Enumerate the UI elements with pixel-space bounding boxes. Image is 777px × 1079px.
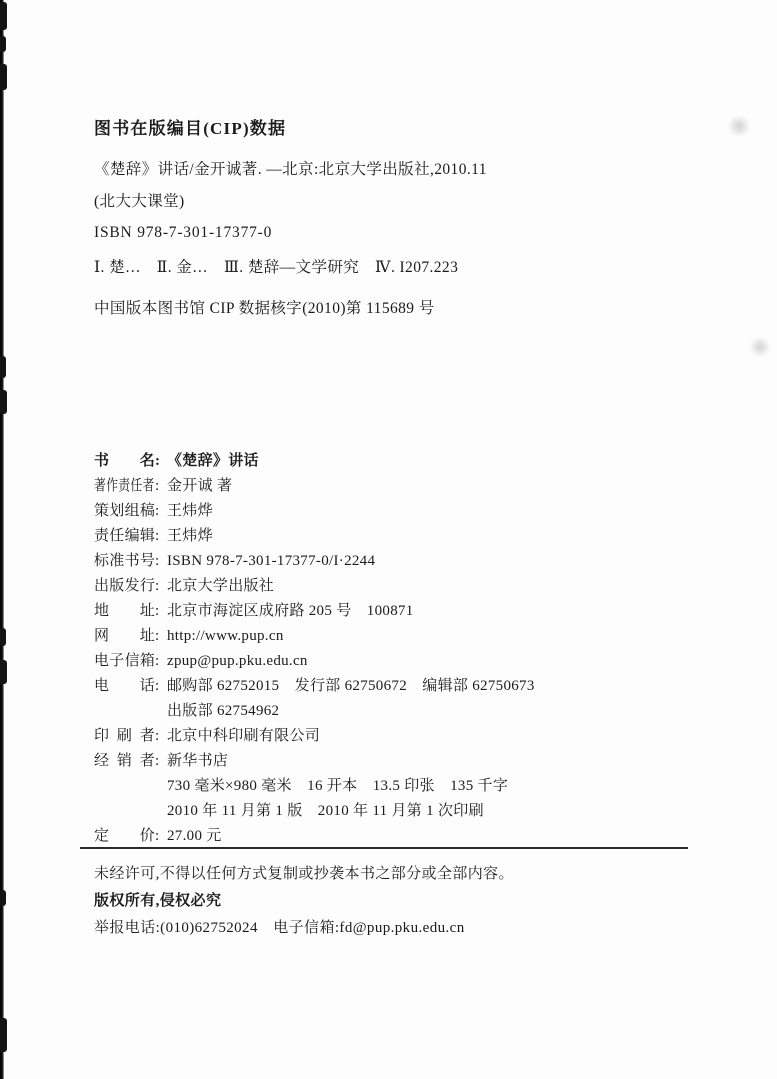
colophon-row-edition: 2010 年 11 月第 1 版 2010 年 11 月第 1 次印刷 xyxy=(94,799,714,824)
colophon-row-distributor: 经销者:新华书店 xyxy=(94,749,714,774)
row-value: ISBN 978-7-301-17377-0/I·2244 xyxy=(167,549,375,574)
row-value: http://www.pup.cn xyxy=(167,624,284,649)
row-value: 新华书店 xyxy=(167,749,228,774)
row-label: 书名 xyxy=(94,449,155,474)
row-label: 电话 xyxy=(94,674,155,699)
row-value: 王炜烨 xyxy=(167,524,213,549)
row-colon: : xyxy=(155,574,167,599)
notice-copyright-line: 版权所有,侵权必究 xyxy=(94,888,714,915)
colophon-row-book-title: 书名:《楚辞》讲话 xyxy=(94,449,714,474)
row-label: 电子信箱 xyxy=(94,649,155,674)
colophon-row-author: 著作责任者:金开诚 著 xyxy=(94,474,714,499)
copyright-notice-block: 未经许可,不得以任何方式复制或抄袭本书之部分或全部内容。 版权所有,侵权必究 举… xyxy=(94,861,714,942)
row-label: 责任编辑 xyxy=(94,524,155,549)
row-colon: : xyxy=(155,499,167,524)
row-label: 出版发行 xyxy=(94,574,155,599)
row-value: 北京中科印刷有限公司 xyxy=(167,724,320,749)
scan-mark xyxy=(0,356,6,378)
divider-rule xyxy=(80,847,688,849)
row-colon: : xyxy=(155,449,167,474)
row-value: 730 毫米×980 毫米 16 开本 13.5 印张 135 千字 xyxy=(167,774,508,799)
row-colon: : xyxy=(155,824,167,849)
row-colon: : xyxy=(155,624,167,649)
row-colon: : xyxy=(155,749,167,774)
cip-classification-line: Ⅰ. 楚… Ⅱ. 金… Ⅲ. 楚辞—文学研究 Ⅳ. I207.223 xyxy=(94,259,714,276)
colophon-row-printer: 印刷者:北京中科印刷有限公司 xyxy=(94,724,714,749)
row-label: 地址 xyxy=(94,599,155,624)
scan-mark xyxy=(0,660,7,684)
row-colon: : xyxy=(155,524,167,549)
row-label: 定价 xyxy=(94,824,155,849)
row-label: 印刷者 xyxy=(94,724,155,749)
row-value: 北京市海淀区成府路 205 号 100871 xyxy=(167,599,414,624)
scan-mark xyxy=(0,64,7,90)
colophon-row-website: 网址:http://www.pup.cn xyxy=(94,624,714,649)
row-colon: : xyxy=(155,599,167,624)
colophon-row-isbn: 标准书号:ISBN 978-7-301-17377-0/I·2244 xyxy=(94,549,714,574)
row-value: 出版部 62754962 xyxy=(167,699,279,724)
notice-report-line: 举报电话:(010)62752024 电子信箱:fd@pup.pku.edu.c… xyxy=(94,915,714,942)
scan-mark xyxy=(0,890,6,906)
scanned-copyright-page: 图书在版编目(CIP)数据 《楚辞》讲话/金开诚著. —北京:北京大学出版社,2… xyxy=(0,0,777,1079)
row-label: 策划组稿 xyxy=(94,499,155,524)
colophon-block: 书名:《楚辞》讲话 著作责任者:金开诚 著 策划组稿:王炜烨 责任编辑:王炜烨 … xyxy=(94,449,714,849)
cip-series-line: (北大大课堂) xyxy=(94,193,714,210)
row-value: 2010 年 11 月第 1 版 2010 年 11 月第 1 次印刷 xyxy=(167,799,484,824)
cip-block: 图书在版编目(CIP)数据 《楚辞》讲话/金开诚著. —北京:北京大学出版社,2… xyxy=(94,120,714,317)
colophon-row-responsible-editor: 责任编辑:王炜烨 xyxy=(94,524,714,549)
row-value: 《楚辞》讲话 xyxy=(167,449,259,474)
cip-title-line: 《楚辞》讲话/金开诚著. —北京:北京大学出版社,2010.11 xyxy=(94,161,714,178)
colophon-row-planning-editor: 策划组稿:王炜烨 xyxy=(94,499,714,524)
colophon-row-email: 电子信箱:zpup@pup.pku.edu.cn xyxy=(94,649,714,674)
scan-mark xyxy=(0,36,6,52)
row-value: 金开诚 著 xyxy=(167,474,232,499)
row-colon: : xyxy=(155,724,167,749)
colophon-row-price: 定价:27.00 元 xyxy=(94,824,714,849)
row-value: 27.00 元 xyxy=(167,824,222,849)
cip-isbn-line: ISBN 978-7-301-17377-0 xyxy=(94,224,714,241)
colophon-row-publisher: 出版发行:北京大学出版社 xyxy=(94,574,714,599)
row-colon: : xyxy=(155,649,167,674)
row-value: zpup@pup.pku.edu.cn xyxy=(167,649,308,674)
row-colon: : xyxy=(155,674,167,699)
row-label: 标准书号 xyxy=(94,549,155,574)
cip-record-line: 中国版本图书馆 CIP 数据核字(2010)第 115689 号 xyxy=(94,300,714,317)
scan-mark xyxy=(0,1018,7,1052)
row-colon: : xyxy=(155,549,167,574)
row-colon: : xyxy=(155,474,167,499)
scan-mark xyxy=(0,628,6,646)
colophon-row-format: 730 毫米×980 毫米 16 开本 13.5 印张 135 千字 xyxy=(94,774,714,799)
colophon-row-phone-cont: 出版部 62754962 xyxy=(94,699,714,724)
notice-permission-line: 未经许可,不得以任何方式复制或抄袭本书之部分或全部内容。 xyxy=(94,861,714,888)
scan-smudge xyxy=(748,338,772,356)
colophon-row-phone: 电话:邮购部 62752015 发行部 62750672 编辑部 6275067… xyxy=(94,674,714,699)
row-value: 王炜烨 xyxy=(167,499,213,524)
scan-smudge xyxy=(726,116,752,136)
cip-heading: 图书在版编目(CIP)数据 xyxy=(94,120,714,137)
row-value: 邮购部 62752015 发行部 62750672 编辑部 62750673 xyxy=(167,674,535,699)
row-label: 著作责任者 xyxy=(94,474,142,499)
scan-mark xyxy=(0,390,7,414)
binding-edge-artifact xyxy=(0,0,4,1079)
row-value: 北京大学出版社 xyxy=(167,574,274,599)
scan-mark xyxy=(0,2,7,30)
row-label: 网址 xyxy=(94,624,155,649)
row-label: 经销者 xyxy=(94,749,155,774)
colophon-row-address: 地址:北京市海淀区成府路 205 号 100871 xyxy=(94,599,714,624)
